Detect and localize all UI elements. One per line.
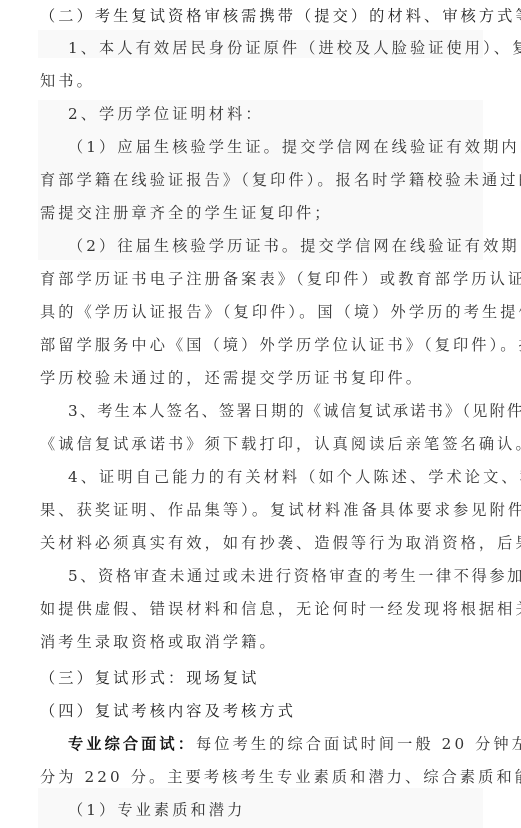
- paragraph-item-4-line-2: 果、获奖证明、作品集等）。复试材料准备具体要求参见附件二。相: [40, 500, 521, 520]
- paragraph-item-2-2-line-2: 育部学历证书电子注册备案表》（复印件）或教育部学历认证中心出: [40, 269, 521, 289]
- interview-paragraph-line-2: 分为 220 分。主要考核考生专业素质和潜力、综合素质和能力。: [40, 767, 521, 787]
- paragraph-item-2-2-line-5: 学历校验未通过的，还需提交学历证书复印件。: [40, 368, 424, 388]
- interview-description: 每位考生的综合面试时间一般 20 分钟左右，满: [196, 735, 521, 753]
- interview-label: 专业综合面试：: [68, 735, 196, 753]
- paragraph-item-4-line-3: 关材料必须真实有效，如有抄袭、造假等行为取消资格，后果自负。: [40, 533, 521, 553]
- section-heading-4: （四）复试考核内容及考核方式: [40, 701, 296, 721]
- paragraph-item-5-line-1: 5、资格审查未通过或未进行资格审查的考生一律不得参加复试。: [68, 566, 521, 586]
- paragraph-item-5-line-2: 如提供虚假、错误材料和信息，无论何时一经发现将根据相关规定取: [40, 599, 521, 619]
- paragraph-item-4-line-1: 4、证明自己能力的有关材料（如个人陈述、学术论文、科研成: [68, 467, 521, 487]
- paragraph-item-2-2-line-3: 具的《学历认证报告》（复印件）。国（境）外学历的考生提供教育: [40, 302, 521, 322]
- paragraph-item-2-1-line-1: （1）应届生核验学生证。提交学信网在线验证有效期内的《教: [68, 137, 521, 157]
- paragraph-item-1-line-1: 1、本人有效居民身份证原件（进校及人脸验证使用）、复试通: [68, 38, 521, 58]
- section-heading-3: （三）复试形式：现场复试: [40, 668, 259, 688]
- paragraph-item-1-line-2: 知书。: [40, 71, 95, 91]
- paragraph-item-5-line-3: 消考生录取资格或取消学籍。: [40, 632, 278, 652]
- paragraph-item-2-line-1: 2、学历学位证明材料：: [68, 104, 264, 124]
- paragraph-item-3-line-1: 3、考生本人签名、签署日期的《诚信复试承诺书》（见附件一）。: [68, 401, 521, 421]
- paragraph-item-2-2-line-4: 部留学服务中心《国（境）外学历学位认证书》（复印件）。报名时: [40, 335, 521, 355]
- paragraph-item-3-line-2: 《诚信复试承诺书》须下载打印，认真阅读后亲笔签名确认。: [40, 434, 521, 454]
- paragraph-item-2-1-line-3: 需提交注册章齐全的学生证复印件；: [40, 203, 333, 223]
- interview-paragraph-line-1: 专业综合面试：每位考生的综合面试时间一般 20 分钟左右，满: [68, 734, 521, 754]
- section-heading-2: （二）考生复试资格审核需携带（提交）的材料、审核方式等: [40, 6, 521, 26]
- paragraph-item-2-1-line-2: 育部学籍在线验证报告》（复印件）。报名时学籍校验未通过的，还: [40, 170, 521, 190]
- paragraph-item-2-2-line-1: （2）往届生核验学历证书。提交学信网在线验证有效期内的《教: [68, 236, 521, 256]
- sub-item-professional-quality: （1）专业素质和潜力: [68, 800, 245, 820]
